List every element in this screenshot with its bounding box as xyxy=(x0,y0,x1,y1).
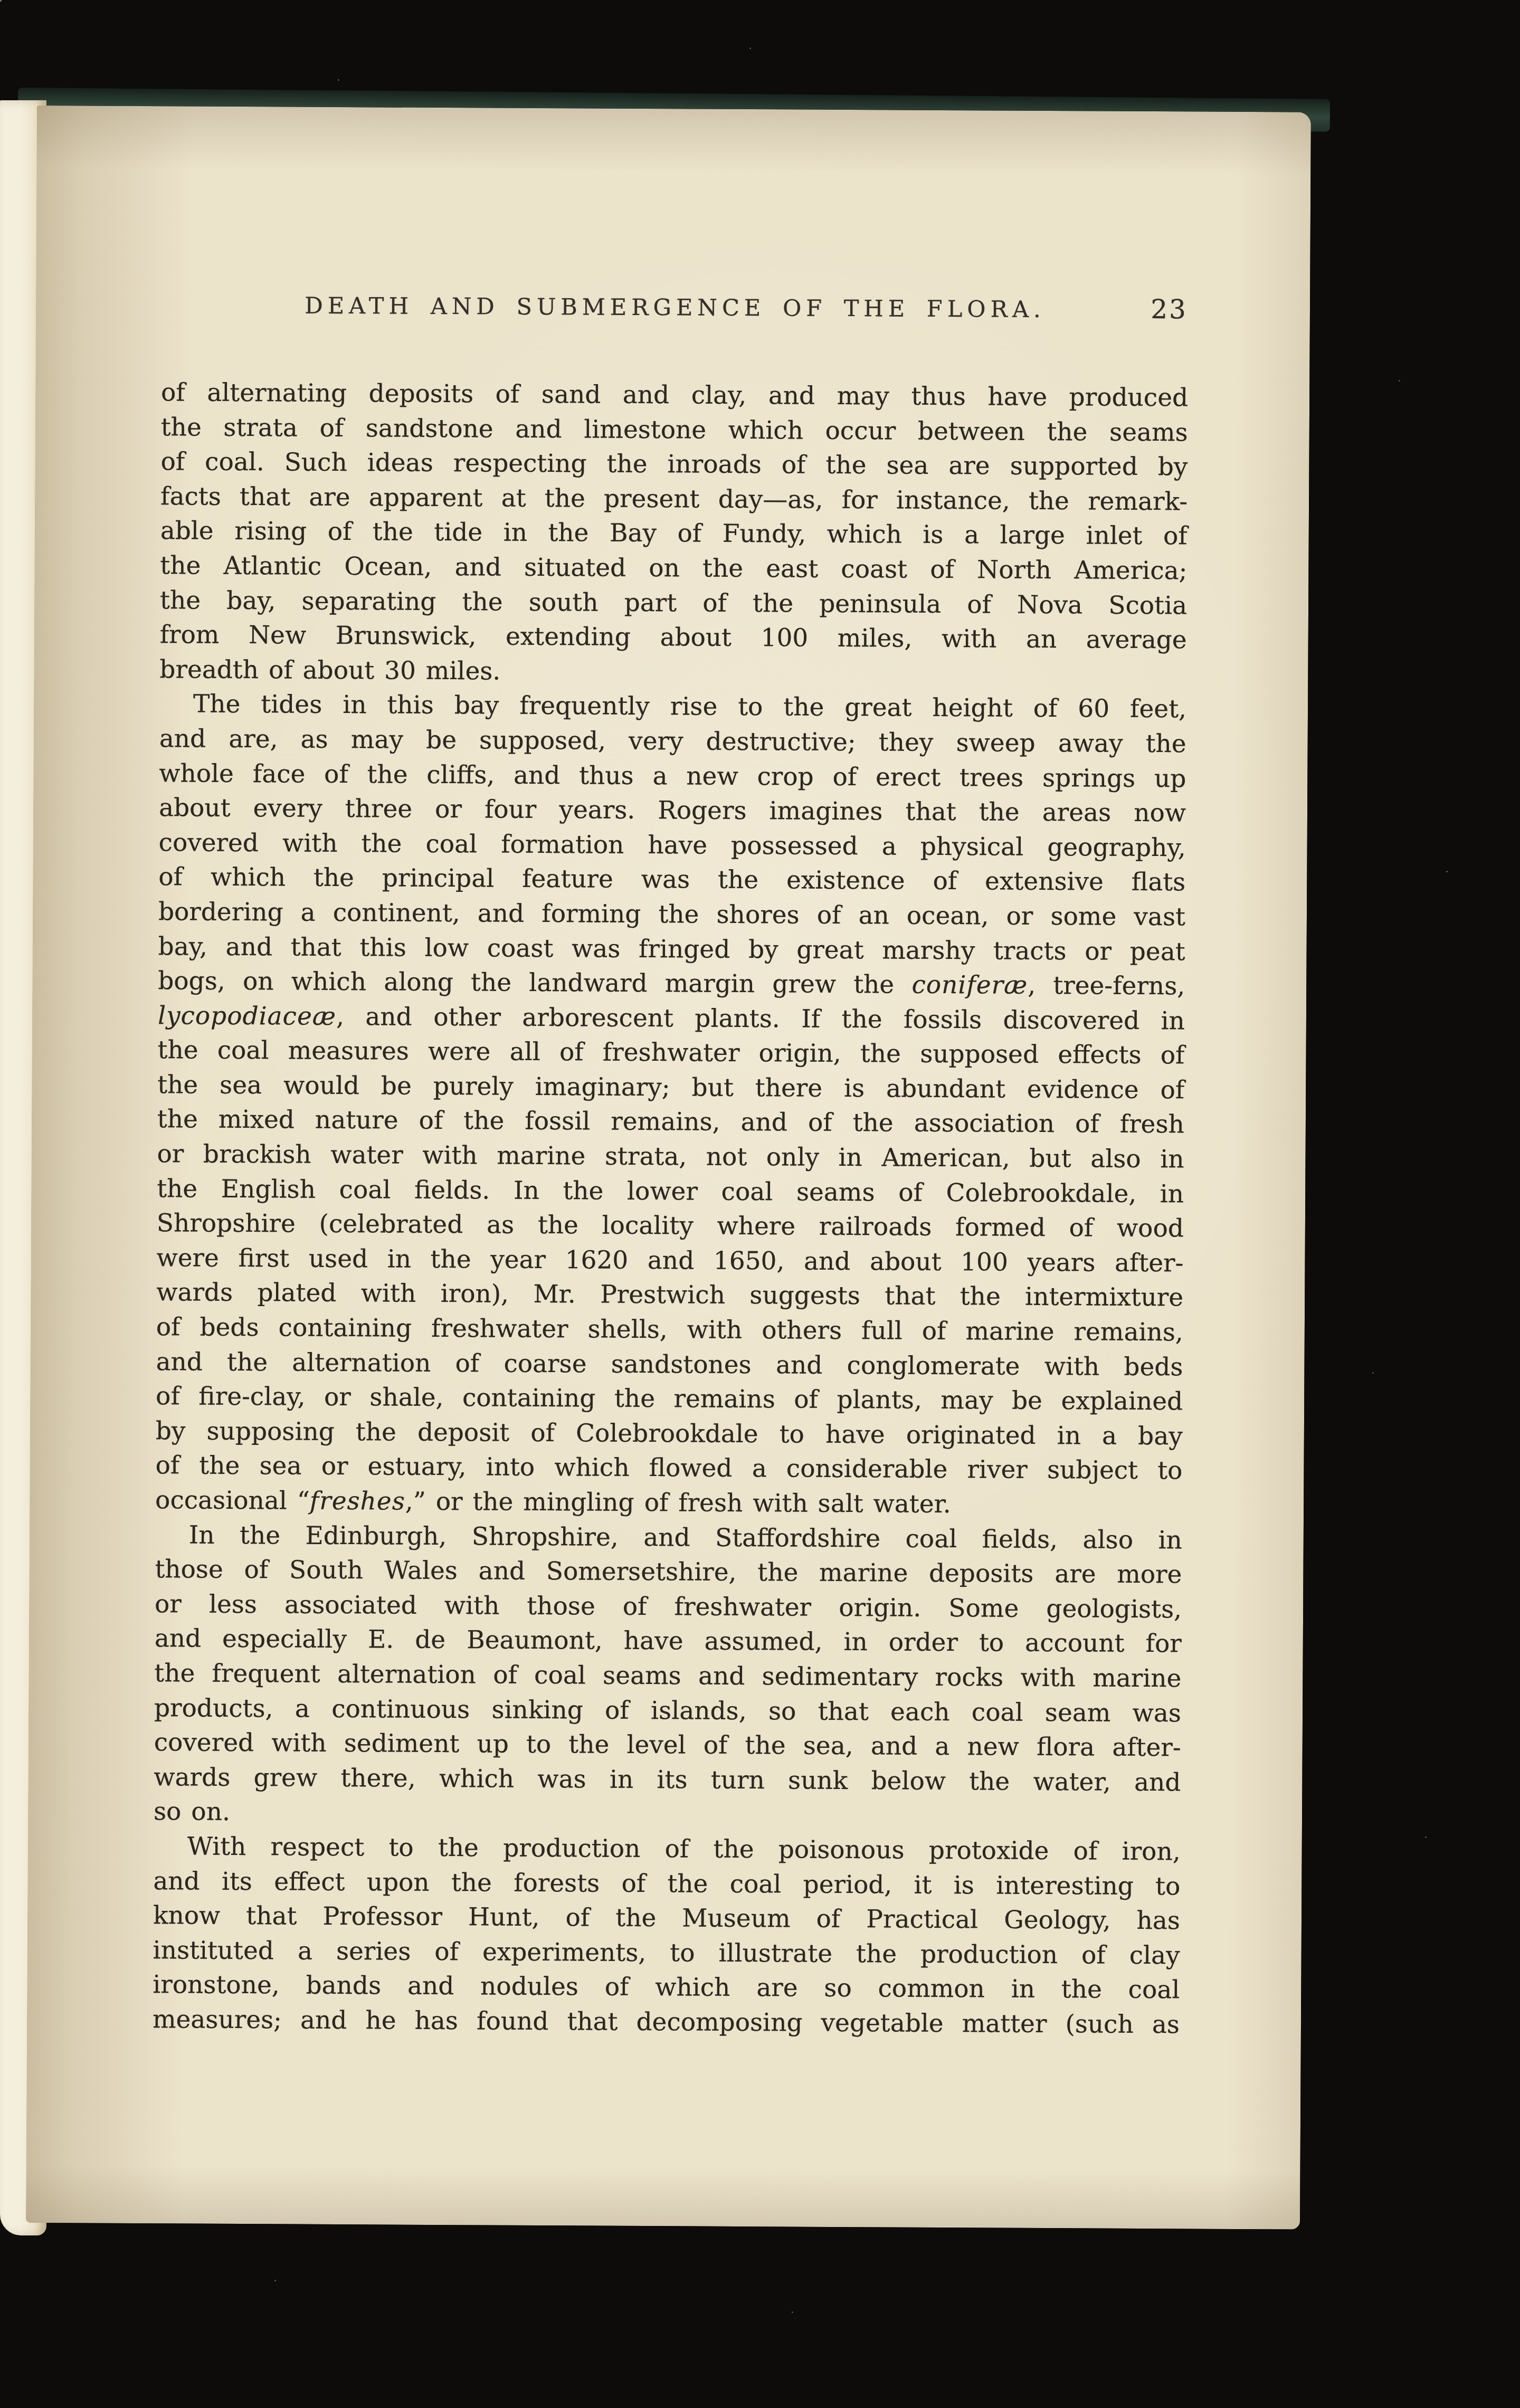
text-line: the frequent alternation of coal seams a… xyxy=(154,1656,1181,1696)
scan-background: DEATH AND SUBMERGENCE OF THE FLORA. 23 o… xyxy=(0,0,1520,2408)
text-line: the sea would be purely imaginary; but t… xyxy=(157,1068,1184,1108)
text-line: and the alternation of coarse sandstones… xyxy=(156,1345,1183,1385)
paragraph: With respect to the production of the po… xyxy=(153,1829,1181,2042)
text-line: about every three or four years. Rogers … xyxy=(159,791,1186,831)
text-line: and especially E. de Beaumont, have assu… xyxy=(155,1622,1182,1662)
text-line: covered with the coal formation have pos… xyxy=(159,825,1186,865)
text-line: covered with sediment up to the level of… xyxy=(154,1725,1181,1765)
paragraph: In the Edinburgh, Shropshire, and Staffo… xyxy=(154,1518,1182,1835)
text-line: With respect to the production of the po… xyxy=(154,1829,1181,1869)
text-line: of fire-clay, or shale, containing the r… xyxy=(156,1379,1183,1419)
text-line: the strata of sandstone and limestone wh… xyxy=(161,410,1188,450)
text-line: or brackish water with marine strata, no… xyxy=(157,1137,1184,1177)
text-line: of coal. Such ideas respecting the inroa… xyxy=(160,444,1187,484)
paragraph: of alternating deposits of sand and clay… xyxy=(159,375,1188,692)
text-line: instituted a series of experiments, to i… xyxy=(153,1933,1180,1973)
text-line: of the sea or estuary, into which flowed… xyxy=(155,1449,1182,1489)
text-line: those of South Wales and Somersetshire, … xyxy=(155,1552,1182,1592)
text-line: so on. xyxy=(154,1795,1181,1835)
text-line: the bay, separating the south part of th… xyxy=(160,583,1187,623)
text-line: bay, and that this low coast was fringed… xyxy=(158,929,1185,969)
text-line: know that Professor Hunt, of the Museum … xyxy=(153,1898,1180,1938)
text-line: the English coal fields. In the lower co… xyxy=(157,1172,1184,1212)
text-line: wards plated with iron), Mr. Prestwich s… xyxy=(156,1276,1183,1316)
text-line: and are, as may be supposed, very destru… xyxy=(159,721,1186,762)
text-line: occasional “freshes,” or the mingling of… xyxy=(155,1483,1182,1523)
text-line: of beds containing freshwater shells, wi… xyxy=(156,1310,1183,1350)
text-line: The tides in this bay frequently rise to… xyxy=(159,687,1186,727)
text-line: or less associated with those of freshwa… xyxy=(155,1587,1182,1627)
text-line: In the Edinburgh, Shropshire, and Staffo… xyxy=(155,1518,1182,1558)
running-header: DEATH AND SUBMERGENCE OF THE FLORA. 23 xyxy=(161,292,1189,335)
text-line: lycopodiaceæ, and other arborescent plan… xyxy=(158,998,1185,1039)
page-body: of alternating deposits of sand and clay… xyxy=(153,375,1188,2042)
text-line: the coal measures were all of freshwater… xyxy=(157,1033,1184,1073)
text-line: were first used in the year 1620 and 165… xyxy=(156,1241,1183,1281)
text-line: Shropshire (celebrated as the locality w… xyxy=(157,1206,1184,1246)
paragraph: The tides in this bay frequently rise to… xyxy=(155,687,1186,1523)
text-line: breadth of about 30 miles. xyxy=(159,652,1186,692)
text-line: the mixed nature of the fossil remains, … xyxy=(157,1102,1184,1143)
text-line: products, a continuous sinking of island… xyxy=(154,1691,1181,1731)
page-title: DEATH AND SUBMERGENCE OF THE FLORA. xyxy=(305,293,1046,323)
text-line: from New Brunswick, extending about 100 … xyxy=(160,617,1187,658)
text-line: facts that are apparent at the present d… xyxy=(160,479,1187,519)
page-number: 23 xyxy=(1151,294,1187,325)
text-line: and its effect upon the forests of the c… xyxy=(153,1864,1180,1904)
text-line: of which the principal feature was the e… xyxy=(158,860,1185,900)
book-page: DEATH AND SUBMERGENCE OF THE FLORA. 23 o… xyxy=(26,106,1311,2230)
dust-specks xyxy=(0,0,2,2)
text-line: able rising of the tide in the Bay of Fu… xyxy=(160,514,1187,554)
text-line: by supposing the deposit of Colebrookdal… xyxy=(156,1414,1183,1454)
text-line: the Atlantic Ocean, and situated on the … xyxy=(160,548,1187,588)
text-line: measures; and he has found that decompos… xyxy=(153,2002,1180,2042)
text-line: wards grew there, which was in its turn … xyxy=(154,1760,1181,1800)
text-line: of alternating deposits of sand and clay… xyxy=(161,375,1188,415)
text-line: bordering a continent, and forming the s… xyxy=(158,894,1185,935)
text-line: whole face of the cliffs, and thus a new… xyxy=(159,756,1186,796)
text-line: ironstone, bands and nodules of which ar… xyxy=(153,1968,1180,2008)
text-line: bogs, on which along the landward margin… xyxy=(158,964,1185,1004)
page-content: DEATH AND SUBMERGENCE OF THE FLORA. 23 o… xyxy=(26,106,1311,2230)
